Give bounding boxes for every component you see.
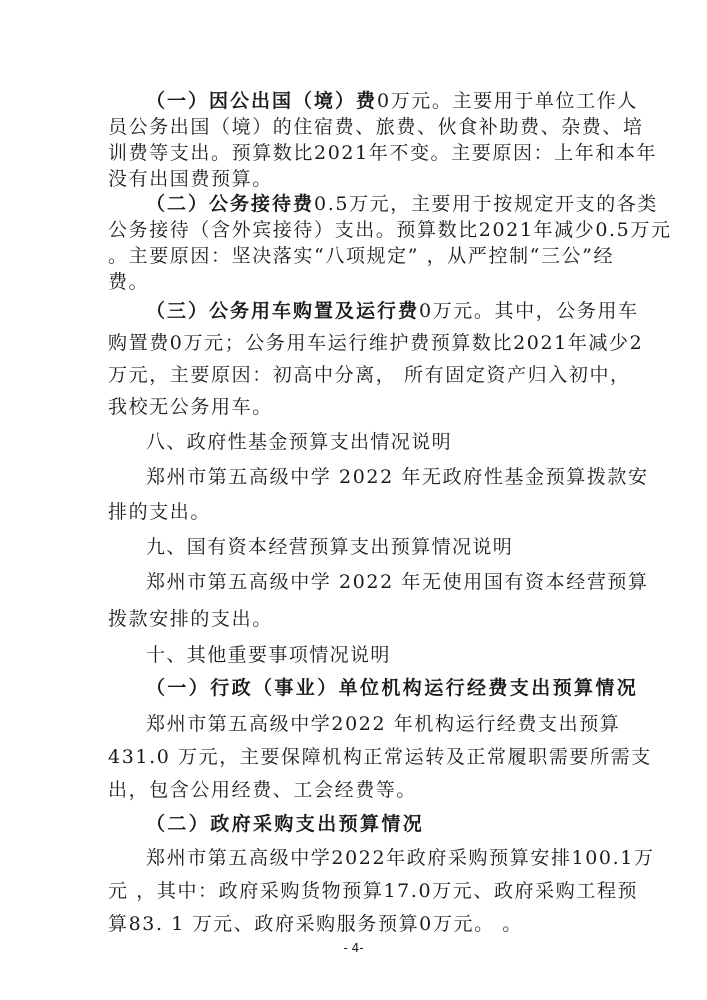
paragraph-line: 元 ，其中：政府采购货物预算17.0万元、政府采购工程预 — [108, 879, 612, 903]
paragraph-line: 万元，主要原因：初高中分离， 所有固定资产归入初中， — [108, 363, 612, 387]
paragraph-travel-abroad-line-1: （一）因公出国（境）费0万元。主要用于单位工作人 — [146, 89, 612, 113]
heading-other-matters: 十、其他重要事项情况说明 — [146, 643, 612, 667]
paragraph-line: 公务接待（含外宾接待）支出。预算数比2021年减少0.5万元 — [108, 218, 612, 242]
paragraph-line: 我校无公务用车。 — [108, 395, 612, 419]
heading-travel-abroad: （一）因公出国（境）费 — [146, 90, 377, 112]
paragraph-line: 。主要原因：坚决落实“八项规定” ，从严控制“三公”经 — [108, 244, 612, 268]
paragraph-line: 郑州市第五高级中学 2022 年无使用国有资本经营预算 — [146, 570, 612, 594]
paragraph-line: 郑州市第五高级中学 2022 年无政府性基金预算拨款安 — [146, 465, 612, 489]
paragraph-line: 购置费0万元；公务用车运行维护费预算数比2021年减少2 — [108, 331, 612, 355]
heading-reception: （二）公务接待费 — [146, 193, 314, 215]
heading-state-capital: 九、国有资本经营预算支出预算情况说明 — [146, 535, 612, 559]
heading-vehicles: （三）公务用车购置及运行费 — [146, 300, 419, 322]
paragraph-line: 郑州市第五高级中学2022 年机构运行经费支出预算 — [146, 712, 612, 736]
heading-gov-fund: 八、政府性基金预算支出情况说明 — [146, 430, 612, 454]
paragraph-reception-line-1: （二）公务接待费0.5万元，主要用于按规定开支的各类 — [146, 192, 612, 216]
paragraph-line: 出，包含公用经费、工会经费等。 — [108, 778, 612, 802]
paragraph-line: 训费等支出。预算数比2021年不变。主要原因：上年和本年 — [108, 141, 612, 165]
paragraph-line: 算83. 1 万元、政府采购服务预算0万元。 。 — [108, 912, 612, 936]
paragraph-line: 郑州市第五高级中学2022年政府采购预算安排100.1万 — [146, 846, 612, 870]
document-page: （一）因公出国（境）费0万元。主要用于单位工作人 员公务出国（境）的住宿费、旅费… — [0, 0, 707, 1000]
paragraph-line: 没有出国费预算。 — [108, 167, 612, 191]
paragraph-line: 员公务出国（境）的住宿费、旅费、伙食补助费、杂费、培 — [108, 115, 612, 139]
paragraph-vehicles-line-1: （三）公务用车购置及运行费0万元。其中，公务用车 — [146, 299, 612, 323]
heading-operating-expenses: （一）行政（事业）单位机构运行经费支出预算情况 — [146, 676, 612, 700]
heading-procurement: （二）政府采购支出预算情况 — [146, 812, 612, 836]
paragraph-line: 排的支出。 — [108, 500, 612, 524]
page-number: - 4- — [0, 941, 707, 955]
paragraph-line: 费。 — [108, 270, 612, 294]
paragraph-line: 431.0 万元，主要保障机构正常运转及正常履职需要所需支 — [108, 745, 612, 769]
paragraph-line: 拨款安排的支出。 — [108, 607, 612, 631]
